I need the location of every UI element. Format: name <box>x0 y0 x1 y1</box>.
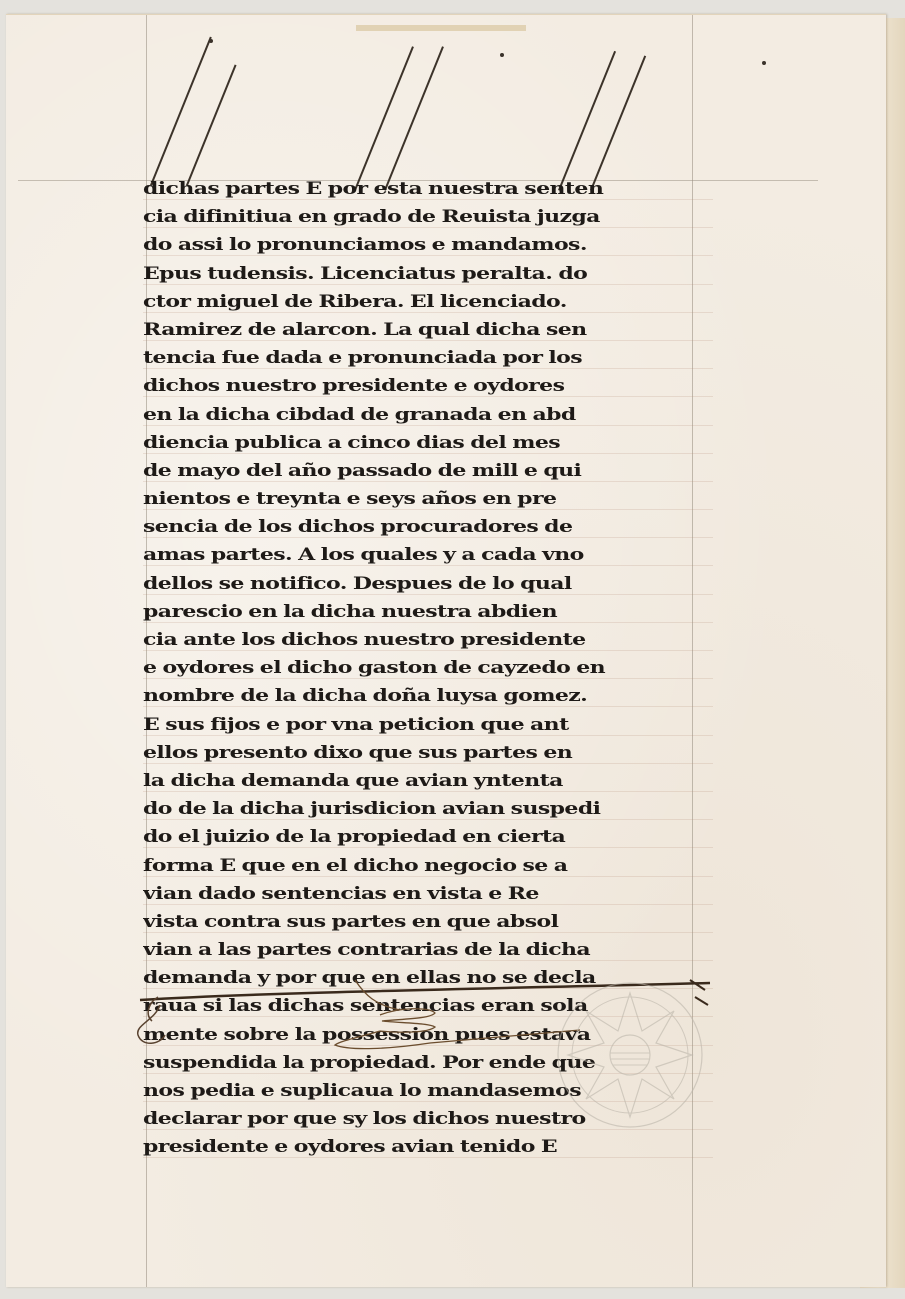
slash-mark <box>558 51 616 191</box>
text-line: dellos se notifico. Despues de lo qual <box>143 573 713 595</box>
top-edge-stain <box>356 25 526 31</box>
slash-mark <box>590 56 646 191</box>
text-line: cia ante los dichos nuestro presidente <box>143 629 713 651</box>
text-line: diencia publica a cinco dias del mes <box>143 432 713 454</box>
text-line: de mayo del año passado de mill e qui <box>143 460 713 482</box>
text-line: dichos nuestro presidente e oydores <box>143 376 713 398</box>
text-line: la dicha demanda que avian yntenta <box>143 770 713 792</box>
text-line: do assi lo pronunciamos e mandamos. <box>143 235 713 257</box>
text-line: amas partes. A los quales y a cada vno <box>143 545 713 567</box>
text-line: nombre de la dicha doña luysa gomez. <box>143 686 713 708</box>
text-line: nientos e treynta e seys años en pre <box>143 488 713 510</box>
slash-mark <box>150 37 212 186</box>
text-line: vista contra sus partes en que absol <box>143 911 713 933</box>
text-line: en la dicha cibdad de granada en abd <box>143 404 713 426</box>
text-line: Ramirez de alarcon. La qual dicha sen <box>143 319 713 341</box>
text-line: cia difinitiua en grado de Reuista juzga <box>143 206 713 228</box>
text-line: presidente e oydores avian tenido E <box>143 1137 713 1159</box>
text-line: sencia de los dichos procuradores de <box>143 516 713 538</box>
slash-mark <box>384 46 444 190</box>
text-line: ctor miguel de Ribera. El licenciado. <box>143 291 713 313</box>
text-line: Epus tudensis. Licenciatus peralta. do <box>143 263 713 285</box>
prick-mark <box>762 61 766 65</box>
archive-stamp <box>550 975 710 1135</box>
prick-mark <box>209 39 213 43</box>
text-line: e oydores el dicho gaston de cayzedo en <box>143 657 713 679</box>
text-line: ellos presento dixo que sus partes en <box>143 742 713 764</box>
text-line: do de la dicha jurisdicion avian suspedi <box>143 798 713 820</box>
text-line: tencia fue dada e pronunciada por los <box>143 347 713 369</box>
text-line: E sus fijos e por vna peticion que ant <box>143 714 713 736</box>
text-line: parescio en la dicha nuestra abdien <box>143 601 713 623</box>
text-line: dichas partes E por esta nuestra senten <box>143 178 713 200</box>
text-line: vian a las partes contrarias de la dicha <box>143 939 713 961</box>
slash-mark <box>354 46 414 190</box>
slash-mark <box>186 64 237 185</box>
prick-mark <box>500 53 504 57</box>
text-line: vian dado sentencias en vista e Re <box>143 883 713 905</box>
text-line: forma E que en el dicho negocio se a <box>143 855 713 877</box>
text-line: do el juizio de la propiedad en cierta <box>143 827 713 849</box>
